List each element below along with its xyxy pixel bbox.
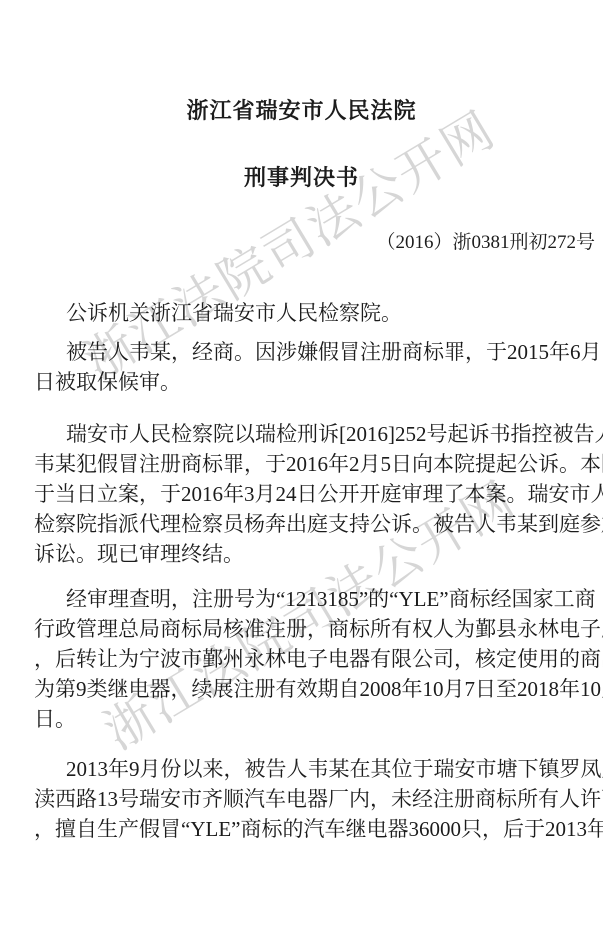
case-number: （2016）浙0381刑初272号 xyxy=(0,230,603,256)
court-name-title: 浙江省瑞安市人民法院 xyxy=(0,0,603,126)
paragraph-trademark-findings: 经审理查明，注册号为“1213185”的“YLE”商标经国家工商 行政管理总局商… xyxy=(34,584,575,734)
text-line: 公诉机关浙江省瑞安市人民检察院。 xyxy=(34,298,575,328)
judgment-document-page: 浙江法院司法公开网 浙江法院司法公开网 浙江省瑞安市人民法院 刑事判决书 （20… xyxy=(0,0,603,952)
text-line: 行政管理总局商标局核准注册，商标所有权人为鄞县永林电子厂 xyxy=(34,614,575,644)
text-line: ，后转让为宁波市鄞州永林电子电器有限公司，核定使用的商品 xyxy=(34,644,575,674)
paragraph-prosecution-organ: 公诉机关浙江省瑞安市人民检察院。 xyxy=(34,298,575,328)
text-line: 检察院指派代理检察员杨奔出庭支持公诉。被告人韦某到庭参加 xyxy=(34,509,575,539)
paragraph-procedure: 瑞安市人民检察院以瑞检刑诉[2016]252号起诉书指控被告人 韦某犯假冒注册商… xyxy=(34,419,575,569)
text-line: 于当日立案，于2016年3月24日公开开庭审理了本案。瑞安市人民 xyxy=(34,479,575,509)
text-line: 被告人韦某，经商。因涉嫌假冒注册商标罪，于2015年6月11 xyxy=(34,337,575,367)
paragraph-criminal-facts: 2013年9月份以来，被告人韦某在其位于瑞安市塘下镇罗凤凤 渎西路13号瑞安市齐… xyxy=(34,754,575,844)
document-content: 浙江省瑞安市人民法院 刑事判决书 （2016）浙0381刑初272号 公诉机关浙… xyxy=(0,0,603,844)
text-line: 诉讼。现已审理终结。 xyxy=(34,539,575,569)
paragraph-defendant-info: 被告人韦某，经商。因涉嫌假冒注册商标罪，于2015年6月11 日被取保候审。 xyxy=(34,337,575,397)
text-line: 为第9类继电器，续展注册有效期自2008年10月7日至2018年10月6 xyxy=(34,674,575,704)
document-type-title: 刑事判决书 xyxy=(0,163,603,193)
text-line: ，擅自生产假冒“YLE”商标的汽车继电器36000只，后于2013年1 xyxy=(34,814,575,844)
text-line: 瑞安市人民检察院以瑞检刑诉[2016]252号起诉书指控被告人 xyxy=(34,419,575,449)
text-line: 日。 xyxy=(34,704,575,734)
judgment-body: 公诉机关浙江省瑞安市人民检察院。 被告人韦某，经商。因涉嫌假冒注册商标罪，于20… xyxy=(0,298,603,844)
text-line: 日被取保候审。 xyxy=(34,367,575,397)
text-line: 韦某犯假冒注册商标罪，于2016年2月5日向本院提起公诉。本院 xyxy=(34,449,575,479)
text-line: 渎西路13号瑞安市齐顺汽车电器厂内，未经注册商标所有人许可 xyxy=(34,784,575,814)
text-line: 2013年9月份以来，被告人韦某在其位于瑞安市塘下镇罗凤凤 xyxy=(34,754,575,784)
text-line: 经审理查明，注册号为“1213185”的“YLE”商标经国家工商 xyxy=(34,584,575,614)
